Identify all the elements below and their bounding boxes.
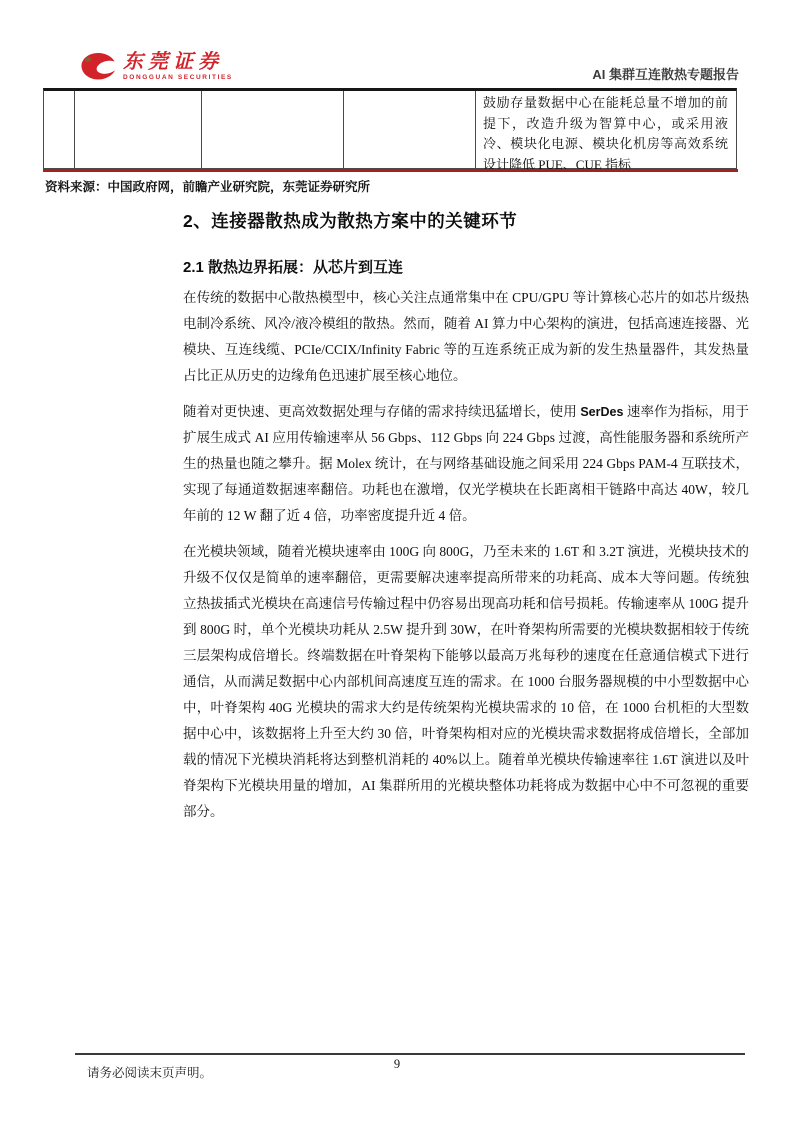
serdes-term: SerDes <box>580 405 623 419</box>
brand-logo-text: 东莞证券 DONGGUAN SECURITIES <box>123 52 233 81</box>
paragraph-2: 随着对更快速、更高效数据处理与存储的需求持续迅猛增长，使用 SerDes 速率作… <box>183 399 749 529</box>
table-cell <box>202 91 344 168</box>
table-cell <box>344 91 476 168</box>
brand-name-en: DONGGUAN SECURITIES <box>123 74 233 81</box>
footer-divider <box>75 1053 745 1055</box>
subsection-heading: 2.1 散热边界拓展：从芯片到互连 <box>183 256 403 277</box>
report-title: AI 集群互连散热专题报告 <box>592 64 739 83</box>
brand-logo: 东莞证券 DONGGUAN SECURITIES <box>80 52 233 81</box>
paragraph-2-rest: 速率作为指标，用于扩展生成式 AI 应用传输速率从 56 Gbps、112 Gb… <box>183 404 749 523</box>
body-text: 在传统的数据中心散热模型中，核心关注点通常集中在 CPU/GPU 等计算核心芯片… <box>183 285 749 835</box>
source-note: 资料来源：中国政府网，前瞻产业研究院，东莞证券研究所 <box>45 177 370 195</box>
dongguan-securities-logo-icon <box>80 52 116 81</box>
paragraph-1: 在传统的数据中心散热模型中，核心关注点通常集中在 CPU/GPU 等计算核心芯片… <box>183 285 749 389</box>
paragraph-2-lead: 随着对更快速、更高效数据处理与存储的需求持续迅猛增长，使用 <box>183 404 580 419</box>
report-page: 东莞证券 DONGGUAN SECURITIES AI 集群互连散热专题报告 鼓… <box>0 0 794 1123</box>
table-cell-policy-text: 鼓励存量数据中心在能耗总量不增加的前提下，改造升级为智算中心，或采用液冷、模块化… <box>476 91 736 168</box>
paragraph-3: 在光模块领域，随着光模块速率由 100G 向 800G，乃至未来的 1.6T 和… <box>183 539 749 825</box>
brand-name-cn: 东莞证券 <box>123 52 233 73</box>
policy-table: 鼓励存量数据中心在能耗总量不增加的前提下，改造升级为智算中心，或采用液冷、模块化… <box>43 88 737 169</box>
section-heading: 2、连接器散热成为散热方案中的关键环节 <box>183 208 517 233</box>
footer-disclaimer: 请务必阅读末页声明。 <box>87 1063 212 1081</box>
table-cell <box>44 91 75 168</box>
table-cell <box>75 91 202 168</box>
table-bottom-red-rule <box>43 169 738 172</box>
